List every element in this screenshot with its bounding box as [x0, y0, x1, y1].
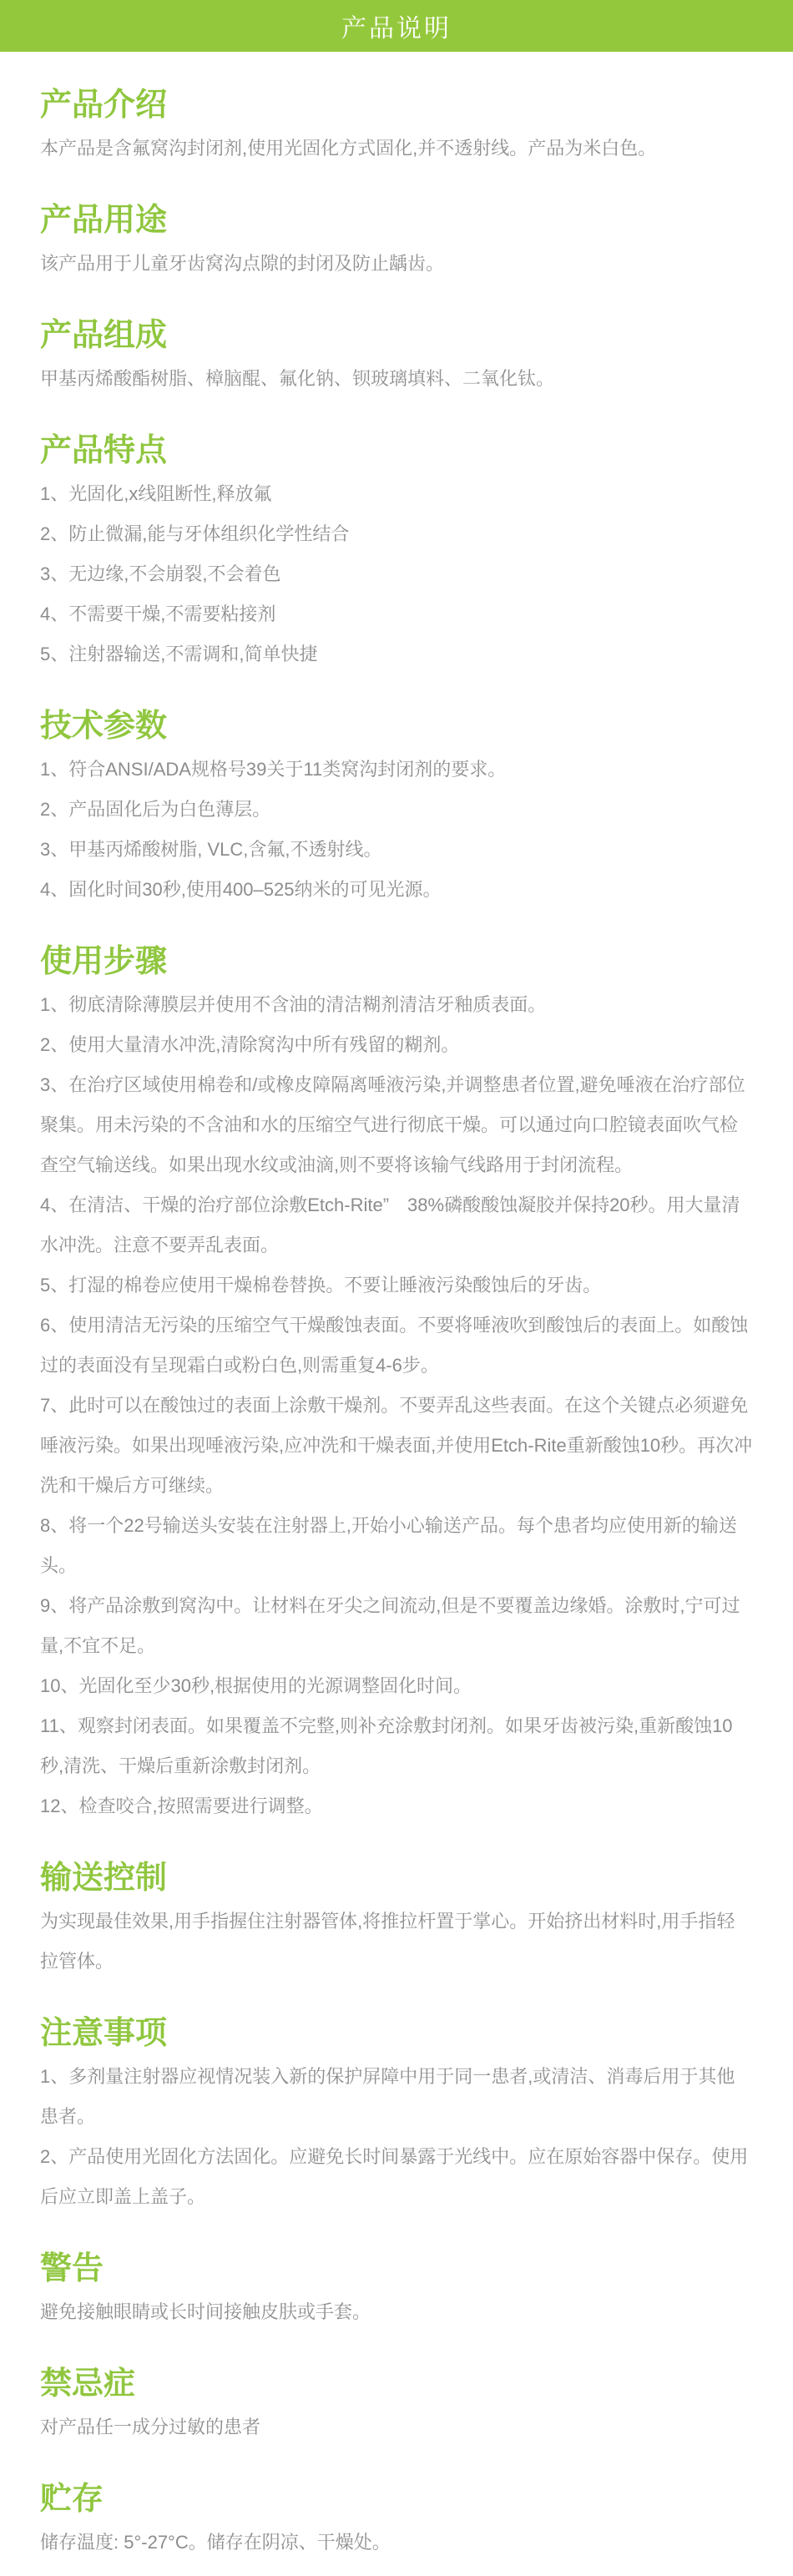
list-item: 3、在治疗区域使用棉卷和/或橡皮障隔离唾液污染,并调整患者位置,避免唾液在治疗部…: [40, 1065, 753, 1185]
list-item: 12、检查咬合,按照需要进行调整。: [40, 1786, 753, 1826]
list-item: 5、打湿的棉卷应使用干燥棉卷替换。不要让睡液污染酸蚀后的牙齿。: [40, 1265, 753, 1306]
list-item: 1、彻底清除薄膜层并使用不含油的清洁糊剂清洁牙釉质表面。: [40, 985, 753, 1025]
list-item: 11、观察封闭表面。如果覆盖不完整,则补充涂敷封闭剂。如果牙齿被污染,重新酸蚀1…: [40, 1706, 753, 1786]
section-technical-parameters: 技术参数 1、符合ANSI/ADA规格号39关于11类窝沟封闭剂的要求。 2、产…: [40, 708, 753, 910]
section-delivery-control: 输送控制 为实现最佳效果,用手指握住注射器管体,将推拉杆置于掌心。开始挤出材料时…: [40, 1860, 753, 1982]
list-item: 4、固化时间30秒,使用400–525纳米的可见光源。: [40, 870, 753, 910]
section-contraindications: 禁忌症 对产品任一成分过敏的患者: [40, 2366, 753, 2447]
list-item: 1、符合ANSI/ADA规格号39关于11类窝沟封闭剂的要求。: [40, 750, 753, 790]
section-heading: 使用步骤: [40, 943, 753, 980]
section-heading: 产品组成: [40, 317, 753, 354]
section-precautions: 注意事项 1、多剂量注射器应视情况装入新的保护屏障中用于同一患者,或清洁、消毒后…: [40, 2015, 753, 2217]
section-heading: 产品用途: [40, 202, 753, 239]
list-item: 8、将一个22号输送头安装在注射器上,开始小心输送产品。每个患者均应使用新的输送…: [40, 1506, 753, 1586]
section-heading: 产品介绍: [40, 87, 753, 124]
paragraph: 本产品是含氟窝沟封闭剂,使用光固化方式固化,并不透射线。产品为米白色。: [40, 129, 753, 169]
section-storage: 贮存 储存温度: 5°-27°C。储存在阴凉、干燥处。: [40, 2481, 753, 2563]
section-product-usage: 产品用途 该产品用于儿童牙齿窝沟点隙的封闭及防止龋齿。: [40, 202, 753, 284]
list-item: 7、此时可以在酸蚀过的表面上涂敷干燥剂。不要弄乱这些表面。在这个关键点必须避免唾…: [40, 1386, 753, 1506]
paragraph: 避免接触眼睛或长时间接触皮肤或手套。: [40, 2292, 753, 2332]
list-item: 5、注射器输送,不需调和,简单快捷: [40, 634, 753, 674]
list-item: 4、不需要干燥,不需要粘接剂: [40, 594, 753, 634]
list-item: 1、多剂量注射器应视情况装入新的保护屏障中用于同一患者,或清洁、消毒后用于其他患…: [40, 2057, 753, 2137]
section-heading: 禁忌症: [40, 2366, 753, 2402]
paragraph: 储存温度: 5°-27°C。储存在阴凉、干燥处。: [40, 2523, 753, 2563]
list-item: 6、使用清洁无污染的压缩空气干燥酸蚀表面。不要将唾液吹到酸蚀后的表面上。如酸蚀过…: [40, 1306, 753, 1386]
section-usage-steps: 使用步骤 1、彻底清除薄膜层并使用不含油的清洁糊剂清洁牙釉质表面。 2、使用大量…: [40, 943, 753, 1826]
section-heading: 注意事项: [40, 2015, 753, 2052]
paragraph: 对产品任一成分过敏的患者: [40, 2407, 753, 2447]
page-title: 产品说明: [341, 8, 452, 44]
section-product-features: 产品特点 1、光固化,x线阻断性,释放氟 2、防止微漏,能与牙体组织化学性结合 …: [40, 432, 753, 674]
product-description-document: 产品介绍 本产品是含氟窝沟封闭剂,使用光固化方式固化,并不透射线。产品为米白色。…: [0, 52, 793, 2576]
paragraph: 甲基丙烯酸酯树脂、樟脑醌、氟化钠、钡玻璃填料、二氧化钛。: [40, 359, 753, 399]
list-item: 3、甲基丙烯酸树脂, VLC,含氟,不透射线。: [40, 830, 753, 870]
page-header: 产品说明: [0, 0, 793, 52]
list-item: 2、产品固化后为白色薄层。: [40, 790, 753, 830]
section-heading: 警告: [40, 2250, 753, 2287]
list-item: 4、在清洁、干燥的治疗部位涂敷Etch-Rite” 38%磷酸酸蚀凝胶并保持20…: [40, 1185, 753, 1265]
section-heading: 技术参数: [40, 708, 753, 745]
list-item: 10、光固化至少30秒,根据使用的光源调整固化时间。: [40, 1666, 753, 1706]
list-item: 2、使用大量清水冲洗,清除窝沟中所有残留的糊剂。: [40, 1025, 753, 1065]
list-item: 9、将产品涂敷到窝沟中。让材料在牙尖之间流动,但是不要覆盖边缘婚。涂敷时,宁可过…: [40, 1586, 753, 1666]
section-product-composition: 产品组成 甲基丙烯酸酯树脂、樟脑醌、氟化钠、钡玻璃填料、二氧化钛。: [40, 317, 753, 399]
paragraph: 为实现最佳效果,用手指握住注射器管体,将推拉杆置于掌心。开始挤出材料时,用手指轻…: [40, 1902, 753, 1982]
section-heading: 输送控制: [40, 1860, 753, 1897]
list-item: 2、防止微漏,能与牙体组织化学性结合: [40, 514, 753, 554]
list-item: 3、无边缘,不会崩裂,不会着色: [40, 554, 753, 594]
section-heading: 贮存: [40, 2481, 753, 2518]
section-product-intro: 产品介绍 本产品是含氟窝沟封闭剂,使用光固化方式固化,并不透射线。产品为米白色。: [40, 87, 753, 169]
list-item: 1、光固化,x线阻断性,释放氟: [40, 474, 753, 514]
paragraph: 该产品用于儿童牙齿窝沟点隙的封闭及防止龋齿。: [40, 244, 753, 284]
section-warning: 警告 避免接触眼睛或长时间接触皮肤或手套。: [40, 2250, 753, 2332]
list-item: 2、产品使用光固化方法固化。应避免长时间暴露于光线中。应在原始容器中保存。使用后…: [40, 2137, 753, 2217]
section-heading: 产品特点: [40, 432, 753, 469]
